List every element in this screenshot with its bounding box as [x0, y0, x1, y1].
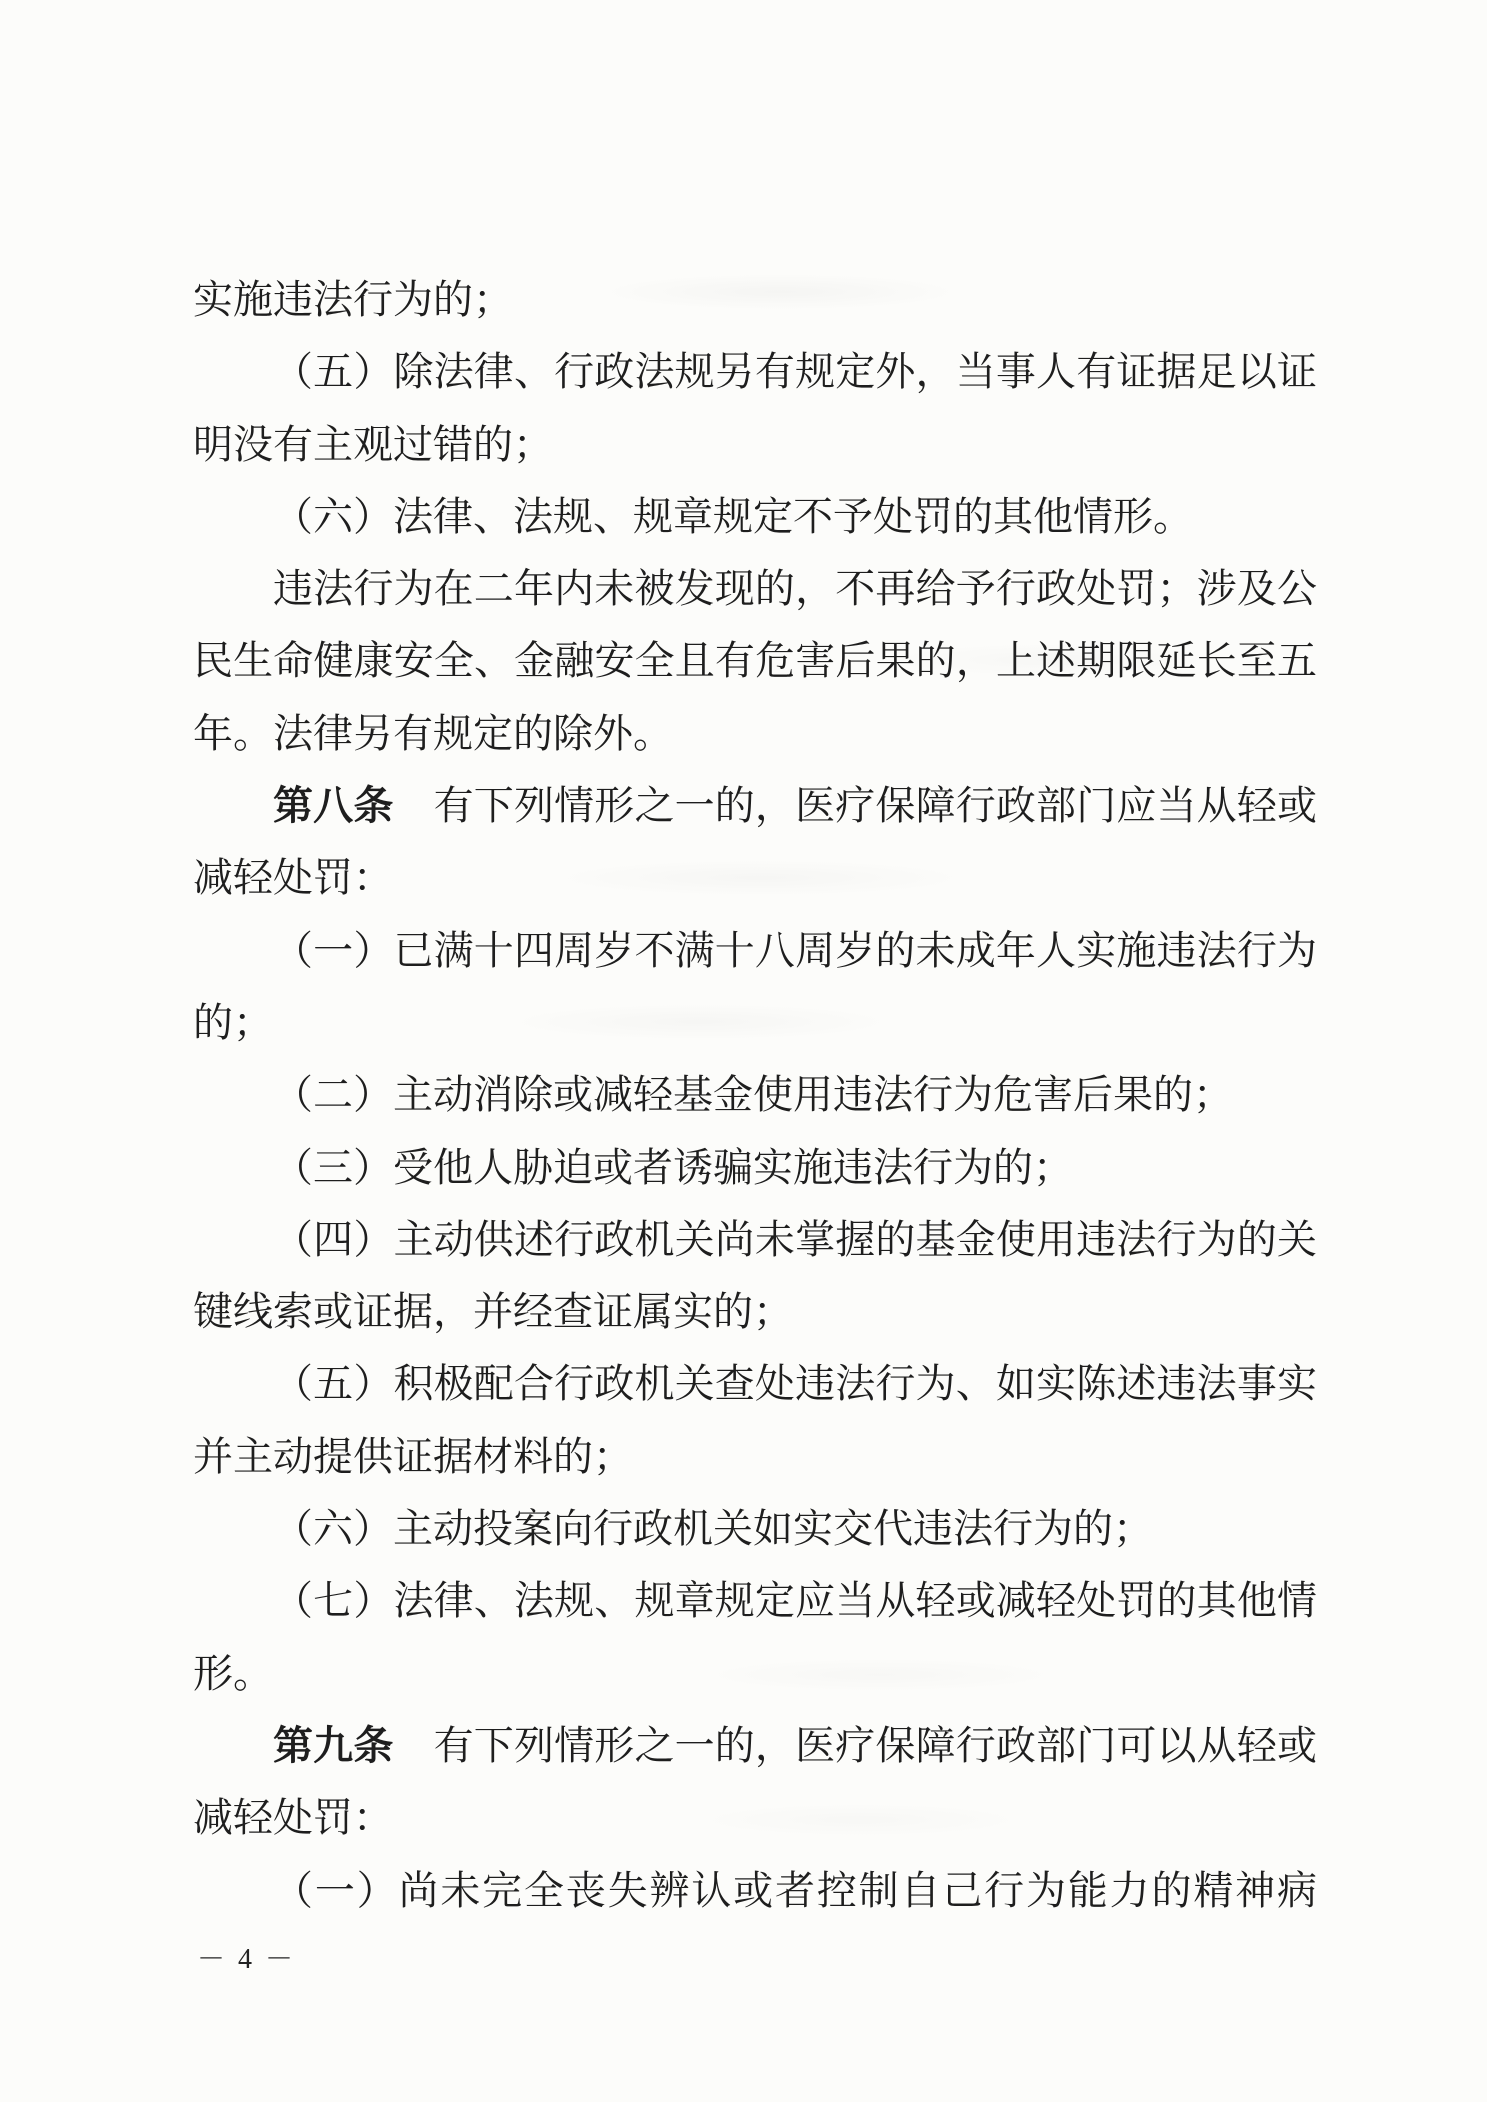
line-text: 年。法律另有规定的除外。 [193, 711, 673, 756]
line-text: （三）受他人胁迫或者诱骗实施违法行为的； [273, 1145, 1073, 1190]
article-number: 第八条 [273, 783, 393, 828]
text-line: 实施违法行为的； [193, 264, 1317, 336]
text-line: （三）受他人胁迫或者诱骗实施违法行为的； [193, 1132, 1317, 1204]
line-text: 违法行为在二年内未被发现的，不再给予行政处罚；涉及公 [273, 566, 1317, 611]
text-line: （五）积极配合行政机关查处违法行为、如实陈述违法事实 [193, 1348, 1317, 1420]
text-line: 减轻处罚： [193, 1782, 1317, 1854]
line-text: （四）主动供述行政机关尚未掌握的基金使用违法行为的关 [273, 1217, 1317, 1262]
line-text: 键线索或证据，并经查证属实的； [193, 1289, 793, 1334]
document-page: 实施违法行为的；（五）除法律、行政法规另有规定外，当事人有证据足以证明没有主观过… [0, 0, 1487, 2102]
line-text: （六）主动投案向行政机关如实交代违法行为的； [273, 1506, 1153, 1551]
article-number: 第九条 [273, 1723, 393, 1768]
text-line: （六）法律、法规、规章规定不予处罚的其他情形。 [193, 481, 1317, 553]
line-text: 的； [193, 1000, 273, 1045]
text-line: （六）主动投案向行政机关如实交代违法行为的； [193, 1493, 1317, 1565]
text-line: 并主动提供证据材料的； [193, 1421, 1317, 1493]
text-line: 民生命健康安全、金融安全且有危害后果的，上述期限延长至五 [193, 625, 1317, 697]
line-text: （二）主动消除或减轻基金使用违法行为危害后果的； [273, 1072, 1233, 1117]
line-text: （五）积极配合行政机关查处违法行为、如实陈述违法事实 [273, 1361, 1317, 1406]
text-line: 明没有主观过错的； [193, 409, 1317, 481]
page-number: － 4 － [197, 1940, 296, 1980]
text-line: （一）已满十四周岁不满十八周岁的未成年人实施违法行为 [193, 915, 1317, 987]
text-line: 键线索或证据，并经查证属实的； [193, 1276, 1317, 1348]
text-line: （五）除法律、行政法规另有规定外，当事人有证据足以证 [193, 336, 1317, 408]
line-text: （七）法律、法规、规章规定应当从轻或减轻处罚的其他情 [273, 1578, 1317, 1623]
line-text: 形。 [193, 1651, 273, 1696]
text-line: 的； [193, 987, 1317, 1059]
text-line: 第九条 有下列情形之一的，医疗保障行政部门可以从轻或 [193, 1710, 1317, 1782]
line-text: （一）已满十四周岁不满十八周岁的未成年人实施违法行为 [273, 928, 1317, 973]
line-text: （六）法律、法规、规章规定不予处罚的其他情形。 [273, 494, 1193, 539]
line-text: 实施违法行为的； [193, 277, 513, 322]
line-text: （五）除法律、行政法规另有规定外，当事人有证据足以证 [273, 349, 1317, 394]
line-text: 有下列情形之一的，医疗保障行政部门应当从轻或 [393, 783, 1317, 828]
text-line: 减轻处罚： [193, 842, 1317, 914]
text-line: 形。 [193, 1638, 1317, 1710]
text-line: （七）法律、法规、规章规定应当从轻或减轻处罚的其他情 [193, 1565, 1317, 1637]
text-line: （一）尚未完全丧失辨认或者控制自己行为能力的精神病 [193, 1855, 1317, 1927]
text-line: 年。法律另有规定的除外。 [193, 698, 1317, 770]
line-text: 减轻处罚： [193, 855, 393, 900]
line-text: 民生命健康安全、金融安全且有危害后果的，上述期限延长至五 [193, 638, 1317, 683]
text-line: 违法行为在二年内未被发现的，不再给予行政处罚；涉及公 [193, 553, 1317, 625]
text-line: （四）主动供述行政机关尚未掌握的基金使用违法行为的关 [193, 1204, 1317, 1276]
text-block: 实施违法行为的；（五）除法律、行政法规另有规定外，当事人有证据足以证明没有主观过… [193, 264, 1317, 1927]
text-line: 第八条 有下列情形之一的，医疗保障行政部门应当从轻或 [193, 770, 1317, 842]
line-text: 明没有主观过错的； [193, 422, 553, 467]
line-text: 并主动提供证据材料的； [193, 1434, 633, 1479]
text-line: （二）主动消除或减轻基金使用违法行为危害后果的； [193, 1059, 1317, 1131]
line-text: 有下列情形之一的，医疗保障行政部门可以从轻或 [393, 1723, 1317, 1768]
line-text: 减轻处罚： [193, 1795, 393, 1840]
line-text: （一）尚未完全丧失辨认或者控制自己行为能力的精神病 [273, 1868, 1317, 1913]
